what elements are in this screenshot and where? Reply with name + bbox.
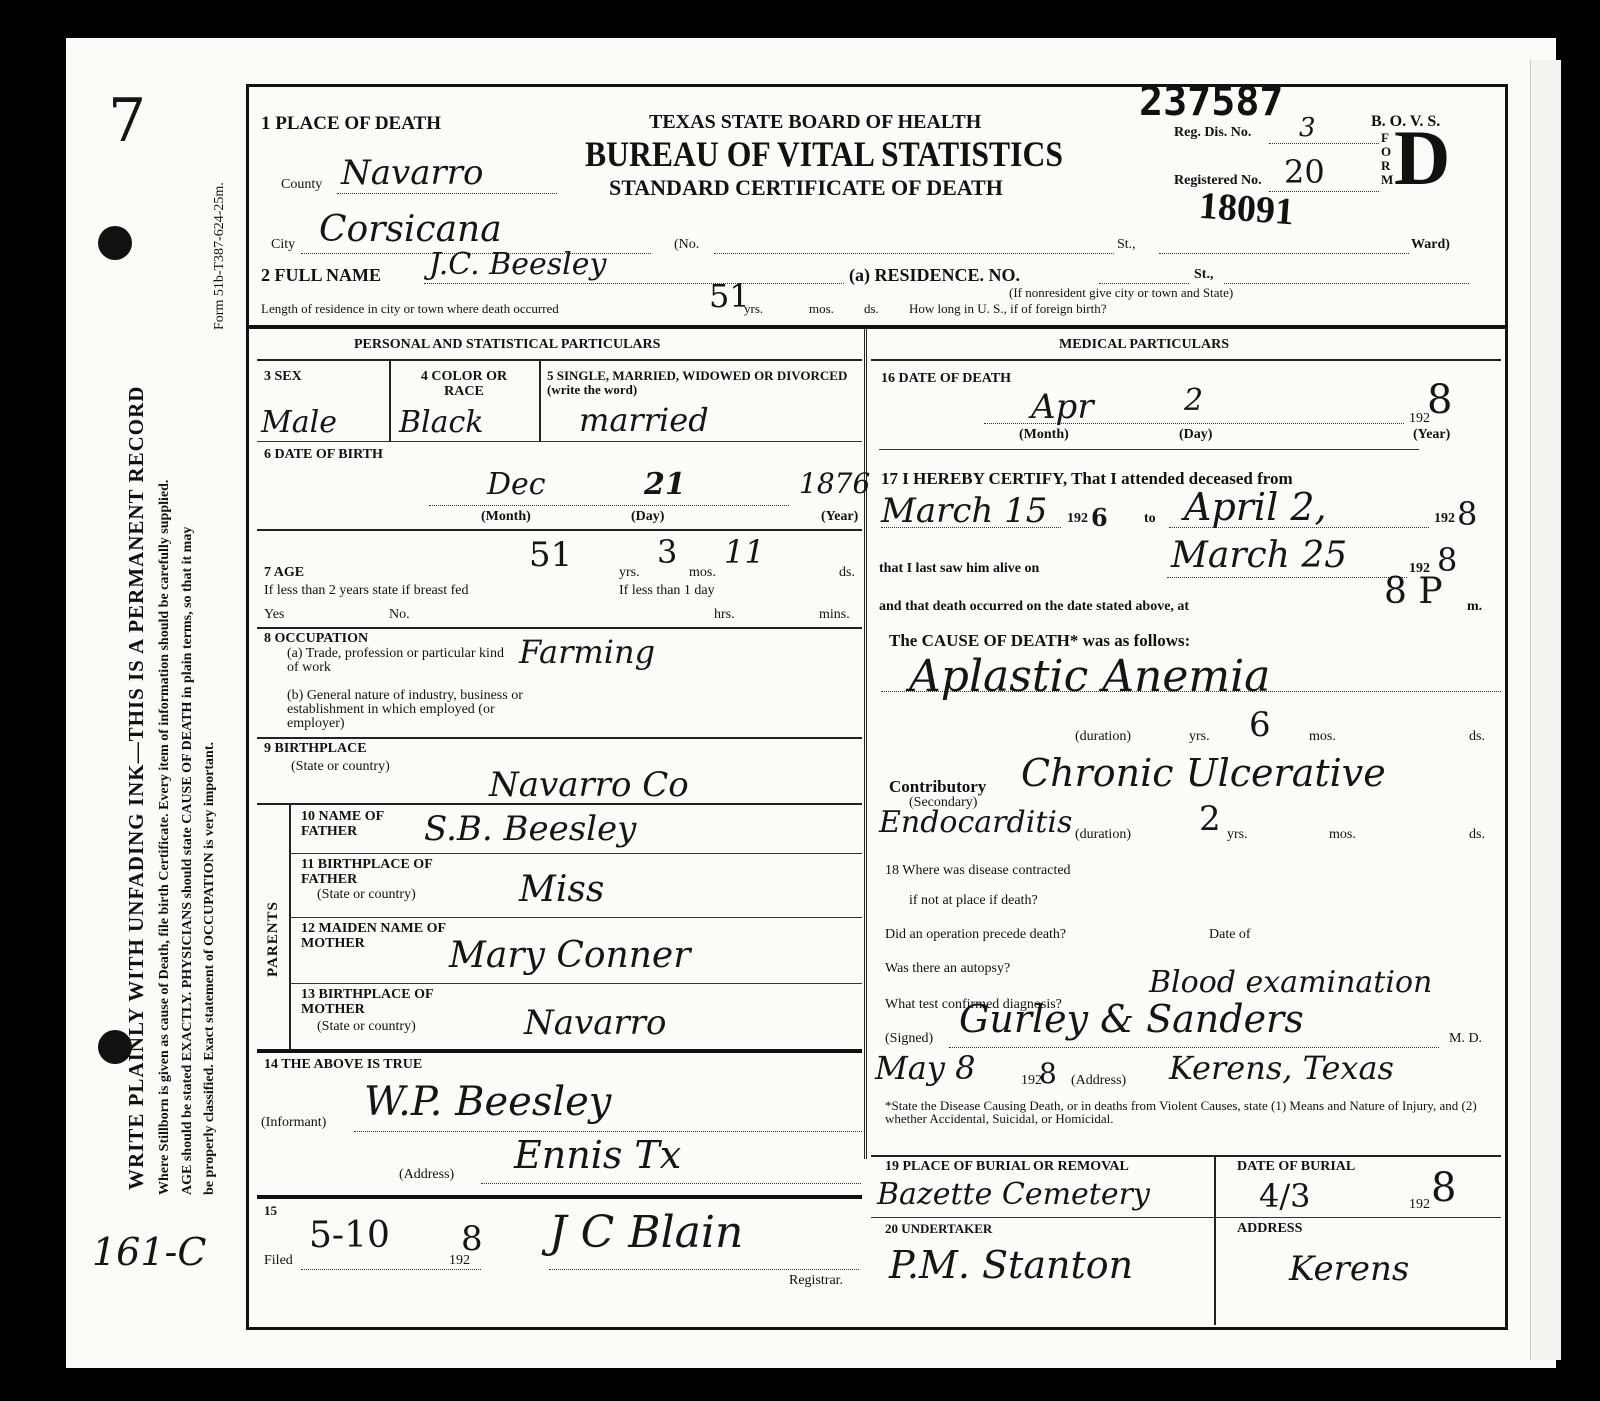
dod-day-value: 2 [1184,383,1203,418]
dob-day-value: 21 [644,467,686,502]
personal-section-title: PERSONAL AND STATISTICAL PARTICULARS [354,337,660,353]
age-mos-unit: mos. [689,565,716,581]
time-m-unit: m. [1467,599,1482,615]
city-value: Corsicana [319,209,502,250]
operation-date-label: Date of [1209,927,1251,943]
cause-ds-unit: ds. [1469,729,1485,745]
age-days-value: 11 [724,533,765,571]
county-value: Navarro [341,153,483,193]
nonresident-note: (If nonresident give city or town and St… [1009,285,1233,301]
mother-name-value: Mary Conner [449,935,690,976]
sex-label: 3 SEX [264,369,302,385]
less-than-day-note: If less than 1 day [619,583,715,599]
burial-year-value: 8 [1431,1165,1456,1211]
paper-edge [1530,60,1561,1360]
signed-year-value: 8 [1039,1057,1057,1090]
margin-handwritten-code: 161-C [92,1230,206,1274]
physician-address-value: Kerens, Texas [1169,1049,1394,1087]
residence-street-label: St., [1194,267,1213,283]
ward-label: Ward) [1411,237,1450,253]
race-label: 4 COLOR OR RACE [404,369,524,399]
disease-contracted-sublabel: if not at place if death? [909,893,1038,909]
parents-label: PARENTS [265,901,282,977]
month-caption: (Month) [481,509,531,525]
length-of-residence-label: Length of residence in city or town wher… [261,301,559,317]
contributory-value-line2: Endocarditis [879,805,1072,840]
informant-label: (Informant) [261,1115,326,1131]
reg-dis-value: 3 [1299,113,1316,143]
undertaker-address-label: ADDRESS [1237,1221,1302,1237]
undertaker-label: 20 UNDERTAKER [885,1221,992,1237]
contributory-yrs-unit: yrs. [1227,827,1248,843]
cause-duration-months: 6 [1249,705,1271,745]
dod-year-value: 8 [1427,377,1452,423]
attended-to-year-prefix: 192 [1434,511,1455,527]
contributory-duration-years: 2 [1199,799,1221,839]
full-name-value: J.C. Beesley [429,247,606,282]
physician-signature: Gurley & Sanders [959,997,1304,1041]
filed-date-value: 5-10 [309,1215,390,1256]
breastfed-note: If less than 2 years state if breast fed [264,583,468,599]
place-of-death-label: 1 PLACE OF DEATH [261,113,441,135]
foreign-birth-label: How long in U. S., if of foreign birth? [909,301,1107,317]
mins-unit: mins. [819,607,850,623]
signed-date-value: May 8 [875,1049,975,1087]
operation-label: Did an operation precede death? [885,927,1066,943]
death-time-value: 8 P [1384,571,1443,612]
cause-footnote: *State the Disease Causing Death, or in … [885,1099,1495,1125]
medical-section-title: MEDICAL PARTICULARS [1059,337,1229,353]
cause-of-death-label: The CAUSE OF DEATH* was as follows: [889,631,1190,651]
form-letter: D [1394,113,1450,203]
cause-of-death-value: Aplastic Anemia [909,651,1270,702]
permanent-record-notice: WRITE PLAINLY WITH UNFADING INK—THIS IS … [124,386,149,1190]
day-caption: (Day) [631,509,664,525]
signed-label: (Signed) [885,1031,933,1047]
race-value: Black [399,405,484,440]
age-ds-unit: ds. [839,565,855,581]
dod-month-value: Apr [1031,387,1094,427]
undertaker-address-value: Kerens [1289,1249,1409,1289]
occupation-value: Farming [519,633,655,671]
form-code: Form 51b-T387-624-25m. [212,182,228,330]
attended-from-value: March 15 [881,491,1047,531]
burial-year-prefix: 192 [1409,1197,1430,1213]
mos-unit: mos. [809,301,834,317]
contributory-ds-unit: ds. [1469,827,1485,843]
reg-dis-label: Reg. Dis. No. [1174,125,1251,141]
attended-from-year-prefix: 192 [1067,511,1088,527]
registrar-label: Registrar. [789,1273,843,1289]
ds-unit: ds. [864,301,879,317]
margin-instructions-1: Where Stillborn is given as cause of Dea… [157,480,173,1195]
attended-from-year: 6 [1091,503,1108,532]
dob-month-value: Dec [487,467,546,502]
registered-no-value: 20 [1284,153,1325,191]
contributory-value-line1: Chronic Ulcerative [1021,751,1386,795]
mother-birthplace-label: 13 BIRTHPLACE OF MOTHER [301,987,451,1017]
filed-year-value: 8 [461,1219,483,1259]
age-months-value: 3 [657,533,677,571]
to-label: to [1144,511,1156,527]
contributory-duration-label: (duration) [1075,827,1131,843]
cause-duration-label: (duration) [1075,729,1131,745]
file-number-stamp: 18091 [1198,184,1296,235]
dod-day-caption: (Day) [1179,427,1212,443]
column-divider [864,329,867,1159]
occupation-a-label: (a) Trade, profession or particular kind… [287,647,517,675]
breastfed-no: No. [389,607,410,623]
filed-number: 15 [264,1203,277,1219]
punch-hole-top [98,226,132,260]
birthplace-value: Navarro Co [489,765,689,805]
mother-state-country: (State or country) [317,1019,416,1035]
last-saw-label: that I last saw him alive on [879,561,1039,577]
sex-value: Male [261,405,337,440]
year-caption: (Year) [821,509,858,525]
burial-date-value: 4/3 [1259,1177,1311,1215]
form-vertical-label: FORM [1381,131,1393,187]
attended-to-value: April 2, [1184,485,1327,529]
full-name-label: 2 FULL NAME [261,265,381,286]
cause-mos-unit: mos. [1309,729,1336,745]
margin-handwritten-number: 7 [108,86,146,156]
death-certificate-form: 1 PLACE OF DEATH TEXAS STATE BOARD OF HE… [246,84,1508,1330]
autopsy-label: Was there an autopsy? [885,961,1010,977]
father-birthplace-value: Miss [519,869,604,910]
last-saw-date: March 25 [1171,535,1347,576]
marital-status-value: married [579,401,709,439]
contributory-mos-unit: mos. [1329,827,1356,843]
agency-name: TEXAS STATE BOARD OF HEALTH [649,111,981,134]
marital-status-label: 5 SINGLE, MARRIED, WIDOWED OR DIVORCED (… [547,369,862,397]
father-state-country: (State or country) [317,887,416,903]
city-label: City [271,237,295,253]
age-years-value: 51 [529,535,572,575]
filed-label: Filed [264,1253,293,1269]
disease-contracted-label: 18 Where was disease contracted [885,863,1071,879]
informant-address-label: (Address) [399,1167,454,1183]
stamp-number: 237587 [1139,79,1284,125]
date-of-death-label: 16 DATE OF DEATH [881,371,1011,387]
date-of-birth-label: 6 DATE OF BIRTH [264,447,383,463]
bureau-title: BUREAU OF VITAL STATISTICS [585,133,1063,175]
father-birthplace-label: 11 BIRTHPLACE OF FATHER [301,857,451,887]
birthplace-sublabel: (State or country) [291,759,390,775]
undertaker-signature: P.M. Stanton [889,1243,1133,1287]
margin-instructions-3: be properly classified. Exact statement … [202,742,218,1195]
burial-place-label: 19 PLACE OF BURIAL OR REMOVAL [885,1159,1129,1175]
certificate-title: STANDARD CERTIFICATE OF DEATH [609,175,1003,201]
margin-instructions-2: AGE should be stated EXACTLY. PHYSICIANS… [180,527,196,1195]
test-confirmed-value: Blood examination [1149,965,1432,1000]
contributory-label: Contributory [889,777,986,797]
informant-address-value: Ennis Tx [514,1133,681,1177]
cause-yrs-unit: yrs. [1189,729,1210,745]
street-label: St., [1117,237,1136,253]
father-name-value: S.B. Beesley [424,809,636,849]
father-name-label: 10 NAME OF FATHER [301,809,401,839]
street-no-label: (No. [674,237,699,253]
above-is-true-label: 14 THE ABOVE IS TRUE [264,1057,422,1073]
registrar-signature: J C Blain [549,1207,743,1258]
residence-label: (a) RESIDENCE. NO. [849,265,1020,286]
age-label: 7 AGE [264,565,304,581]
yrs-unit: yrs. [744,301,763,317]
breastfed-yes: Yes [264,607,284,623]
attended-to-year: 8 [1457,495,1477,533]
dob-year-value: 1876 [799,467,870,500]
hrs-unit: hrs. [714,607,735,623]
mother-birthplace-value: Navarro [524,1003,666,1043]
informant-value: W.P. Beesley [364,1079,611,1125]
age-yrs-unit: yrs. [619,565,640,581]
occupation-b-label: (b) General nature of industry, business… [287,689,547,731]
county-label: County [281,177,322,193]
burial-place-value: Bazette Cemetery [877,1177,1150,1212]
occupation-label: 8 OCCUPATION [264,631,368,647]
birthplace-label: 9 BIRTHPLACE [264,741,367,757]
burial-date-label: DATE OF BURIAL [1237,1159,1355,1175]
md-label: M. D. [1449,1031,1482,1047]
dod-year-caption: (Year) [1413,427,1450,443]
death-time-label: and that death occurred on the date stat… [879,599,1189,615]
dod-month-caption: (Month) [1019,427,1069,443]
physician-address-label: (Address) [1071,1073,1126,1089]
